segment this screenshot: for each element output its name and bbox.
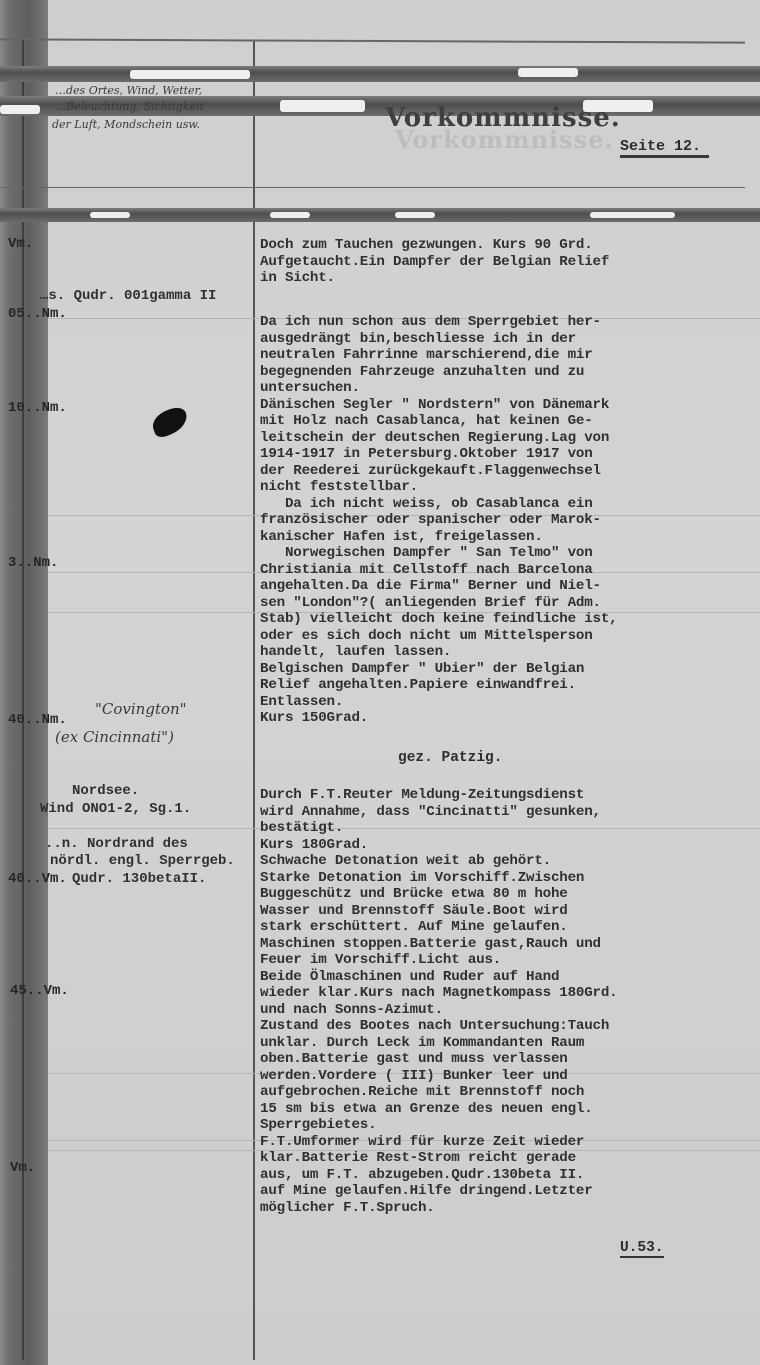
margin-time: 3..Nm.: [8, 555, 58, 572]
log-entry-paragraph: Da ich nun schon aus dem Sperrgebiet her…: [260, 314, 760, 727]
margin-position: …s. Qudr. 001gamma II: [40, 288, 216, 305]
margin-location: Nordsee.: [72, 783, 139, 800]
top-rule: [0, 38, 745, 43]
document-page: …des Ortes, Wind, Wetter, …Beleuchtung, …: [0, 0, 760, 1365]
margin-time: Vm.: [8, 236, 33, 253]
margin-position: Qudr. 130betaII.: [72, 871, 206, 888]
handwritten-note-line1: "Covington": [95, 700, 187, 718]
tape-strip-top: [0, 66, 760, 82]
signature-patzig: gez. Patzig.: [398, 750, 502, 766]
header-column-label-2: …Beleuchtung, Sichtigkeit: [55, 100, 204, 113]
page-number: Seite 12.: [620, 138, 709, 158]
tape-strip-bottom: [0, 208, 760, 222]
log-entry-paragraph: Durch F.T.Reuter Meldung-Zeitungsdienst …: [260, 787, 760, 1216]
handwritten-note-line2: (ex Cincinnati"): [55, 728, 174, 746]
header-rule: [0, 187, 745, 188]
margin-time: Vm.: [10, 1160, 35, 1177]
log-entry-paragraph: Doch zum Tauchen gezwungen. Kurs 90 Grd.…: [260, 237, 760, 287]
margin-wind: Wind ONO1-2, Sg.1.: [40, 801, 191, 818]
header-column-label-3: der Luft, Mondschein usw.: [52, 118, 200, 131]
header-column-label-1: …des Ortes, Wind, Wetter,: [55, 84, 202, 97]
margin-time: 45..Vm.: [10, 983, 69, 1000]
section-title: Vorkommnisse.: [385, 103, 621, 133]
margin-position: ..n. Nordrand des: [45, 836, 188, 853]
ink-blot: [149, 405, 191, 440]
column-divider: [253, 40, 255, 1360]
margin-time: 05..Nm.: [8, 306, 67, 323]
margin-position: nördl. engl. Sperrgeb.: [50, 853, 235, 870]
margin-time: 40..Nm.: [8, 712, 67, 729]
signature-boat: U.53.: [620, 1240, 664, 1258]
margin-time: 40..Vm.: [8, 871, 67, 888]
margin-time: 10..Nm.: [8, 400, 67, 417]
